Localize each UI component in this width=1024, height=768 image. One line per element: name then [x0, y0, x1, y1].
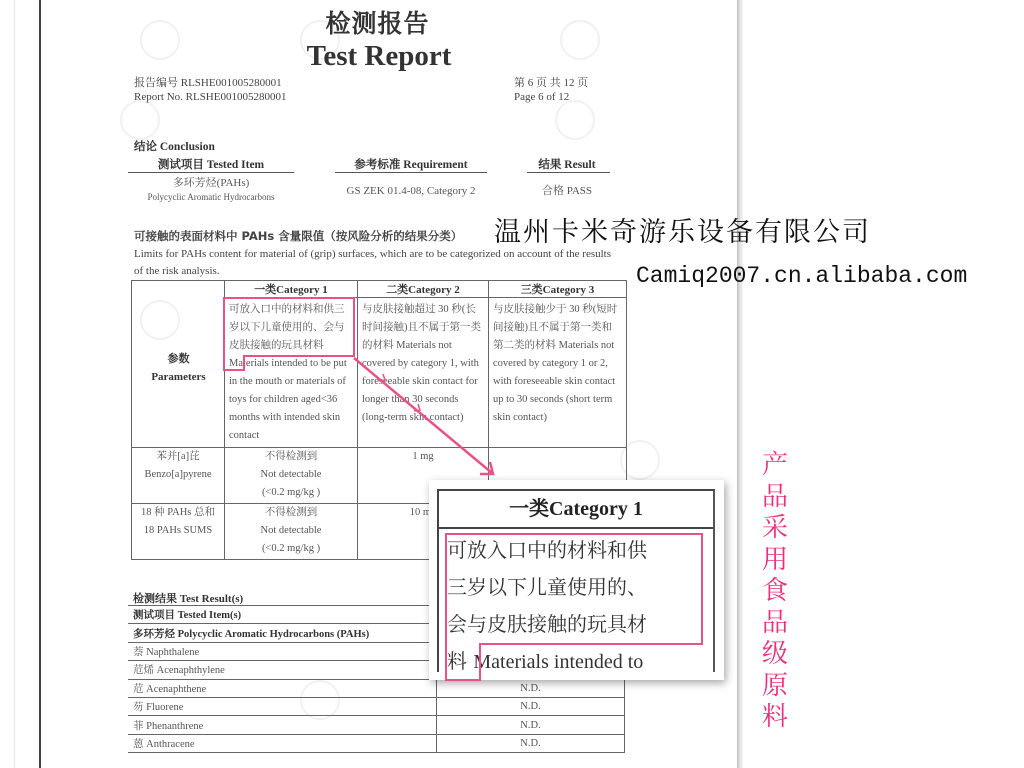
category-1-limit: 不得检测到 Not detectable (<0.2 mg/kg )	[225, 504, 358, 560]
category-2-description: 与皮肤接触超过 30 秒(长时间接触)且不属于第一类的材料 Materials …	[358, 298, 489, 448]
results-title: 检测结果 Test Result(s)	[133, 590, 243, 606]
watermark-seal-icon	[120, 100, 160, 140]
highlight-box	[445, 643, 481, 681]
table-row: 蒽 Anthracene N.D.	[128, 734, 625, 752]
callout-last-en: Materials intended to	[473, 651, 643, 673]
limits-title-en: Limits for PAHs content for material of …	[134, 246, 618, 280]
table-row: 芴 Fluorene N.D.	[128, 697, 625, 715]
substance-result: N.D.	[437, 734, 625, 752]
divider	[527, 172, 610, 173]
conclusion-header-result: 结果 Result	[524, 156, 610, 172]
highlight-box	[445, 533, 703, 645]
category-1-cn: 可放入口中的材料和供三岁以下儿童使用的、会与皮肤接触的玩具材料	[229, 304, 345, 351]
report-number-en: Report No. RLSHE001005280001	[134, 90, 286, 104]
conclusion-title: 结论 Conclusion	[134, 138, 215, 154]
substance-name: 18 种 PAHs 总和 18 PAHs SUMS	[132, 504, 225, 560]
page-edge-shadow	[737, 0, 743, 768]
watermark-seal-icon	[555, 100, 595, 140]
category-1-en: Materials intended to be put in the mout…	[229, 358, 347, 441]
substance-result: N.D.	[437, 697, 625, 715]
category-1-description: 可放入口中的材料和供三岁以下儿童使用的、会与皮肤接触的玩具材料 Material…	[225, 298, 358, 448]
parameters-label: 参数 Parameters	[132, 350, 225, 386]
conclusion-result: 合格 PASS	[524, 184, 610, 198]
callout-header: 一类Category 1	[439, 491, 713, 529]
conclusion-requirement: GS ZEK 01.4-08, Category 2	[335, 184, 487, 198]
substance-name-en: Benzo[a]pyrene	[132, 466, 224, 484]
substance-name: 蒽 Anthracene	[128, 734, 437, 752]
callout-line: 料 Materials intended to	[447, 643, 705, 681]
limit-line: 不得检测到	[225, 504, 357, 522]
substance-name: 芴 Fluorene	[128, 697, 437, 715]
results-group: 多环芳烃 Polycyclic Aromatic Hydrocarbons (P…	[128, 624, 437, 642]
header-category-3: 三类Category 3	[489, 281, 627, 298]
parameters-label-en: Parameters	[132, 368, 225, 386]
report-title-cn: 检测报告	[0, 4, 755, 40]
substance-result: N.D.	[437, 716, 625, 734]
limit-line: Not detectable	[225, 522, 357, 540]
report-title-en: Test Report	[0, 40, 758, 73]
conclusion-item-cn: 多环芳烃(PAHs)	[128, 176, 294, 190]
category-3-description: 与皮肤接触少于 30 秒(短时间接触)且不属于第一类和第二类的材料 Materi…	[489, 298, 627, 448]
divider	[335, 172, 487, 173]
substance-name: 苊 Acenaphthene	[128, 679, 437, 697]
callout-body: 可放入口中的材料和供 三岁以下儿童使用的、 会与皮肤接触的玩具材 料 Mater…	[439, 529, 713, 684]
page-indicator: 第 6 页 共 12 页 Page 6 of 12	[514, 76, 588, 104]
conclusion-header-requirement: 参考标准 Requirement	[335, 156, 487, 172]
report-number-cn: 报告编号 RLSHE001005280001	[134, 76, 286, 90]
header-category-2: 二类Category 2	[358, 281, 489, 298]
divider	[128, 172, 294, 173]
substance-name: 苊烯 Acenaphthylene	[128, 661, 437, 679]
header-category-1: 一类Category 1	[225, 281, 358, 298]
website-url: Camiq2007.cn.alibaba.com	[636, 263, 967, 289]
conclusion-item-en: Polycyclic Aromatic Hydrocarbons	[128, 190, 294, 204]
limit-line: (<0.2 mg/kg )	[225, 484, 357, 502]
highlight-box	[479, 643, 703, 645]
substance-name: 菲 Phenanthrene	[128, 716, 437, 734]
zoom-callout: 一类Category 1 可放入口中的材料和供 三岁以下儿童使用的、 会与皮肤接…	[429, 480, 724, 680]
conclusion-header-item: 测试项目 Tested Item	[128, 156, 294, 172]
substance-name-en: 18 PAHs SUMS	[132, 522, 224, 540]
category-1-limit: 不得检测到 Not detectable (<0.2 mg/kg )	[225, 448, 358, 504]
limits-title-cn: 可接触的表面材料中 PAHs 含量限值（按风险分析的结果分类）	[134, 228, 462, 244]
page-indicator-cn: 第 6 页 共 12 页	[514, 76, 588, 90]
company-name: 温州卡米奇游乐设备有限公司	[494, 210, 871, 249]
substance-name-cn: 苯并[a]芘	[132, 448, 224, 466]
parameters-label-cn: 参数	[132, 350, 225, 368]
report-number: 报告编号 RLSHE001005280001 Report No. RLSHE0…	[134, 76, 286, 104]
limit-line: 不得检测到	[225, 448, 357, 466]
callout-frame: 一类Category 1 可放入口中的材料和供 三岁以下儿童使用的、 会与皮肤接…	[437, 489, 715, 672]
substance-name-cn: 18 种 PAHs 总和	[132, 504, 224, 522]
results-header-item: 测试项目 Tested Item(s)	[128, 606, 437, 624]
limit-line: Not detectable	[225, 466, 357, 484]
page-indicator-en: Page 6 of 12	[514, 90, 588, 104]
slogan-vertical: 产品采用食品级原料	[757, 450, 793, 734]
limit-line: (<0.2 mg/kg )	[225, 540, 357, 558]
substance-name: 苯并[a]芘 Benzo[a]pyrene	[132, 448, 225, 504]
substance-name: 萘 Naphthalene	[128, 642, 437, 660]
conclusion-item: 多环芳烃(PAHs) Polycyclic Aromatic Hydrocarb…	[128, 176, 294, 204]
table-row: 菲 Phenanthrene N.D.	[128, 716, 625, 734]
